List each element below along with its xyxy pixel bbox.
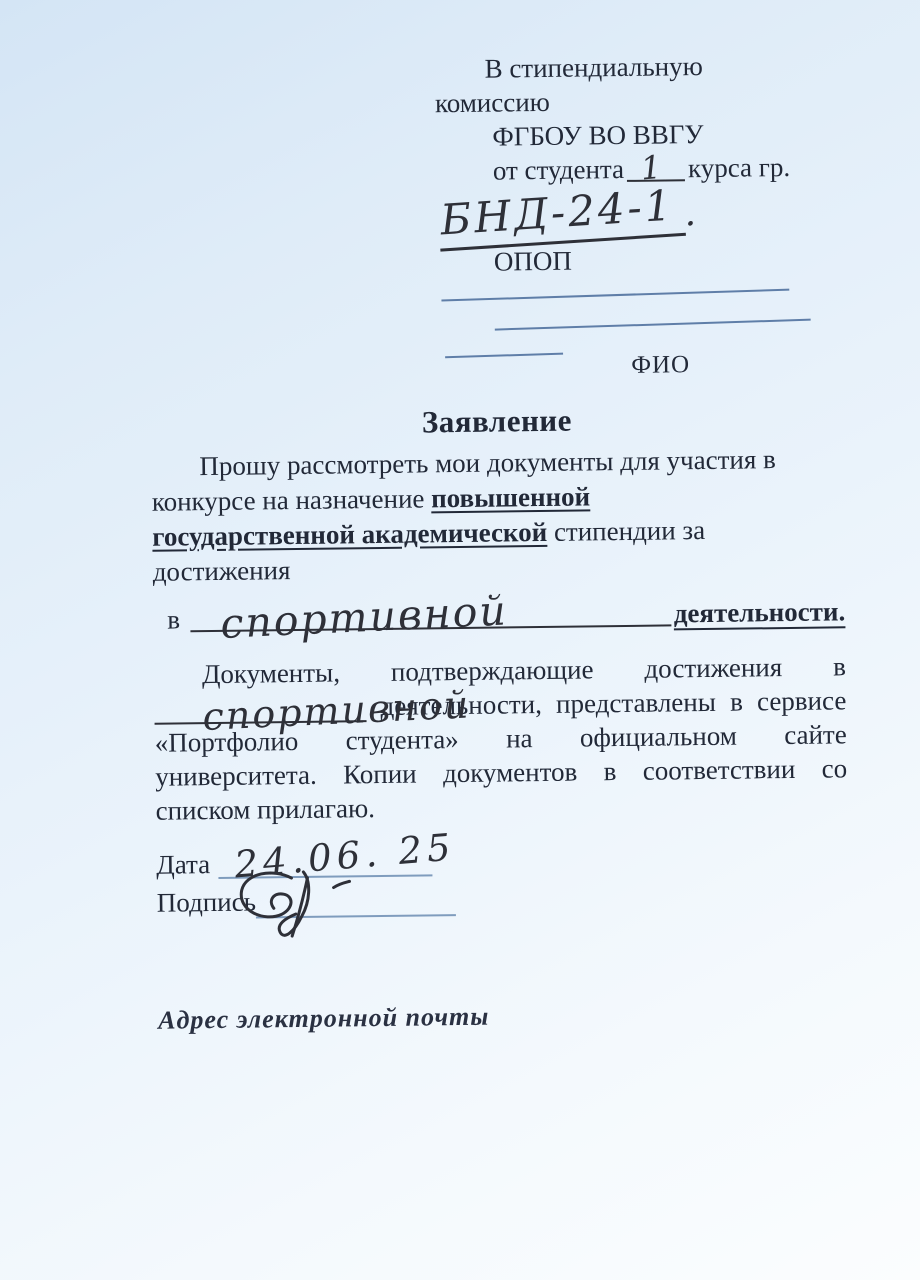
date-label: Дата bbox=[156, 849, 210, 880]
activity-suffix-label: деятельности. bbox=[674, 594, 846, 631]
activity-fill-row: в спортивной деятельности. bbox=[153, 583, 846, 637]
p1-bold-increased: повышенной bbox=[431, 481, 590, 513]
blank-line-1 bbox=[441, 289, 789, 302]
activity-blank-field-2: спортивной bbox=[154, 692, 366, 725]
course-value-handwritten: 1 bbox=[640, 152, 663, 184]
course-blank-field: 1 bbox=[627, 153, 685, 182]
scanned-application-page: В стипендиальную комиссию ФГБОУ ВО ВВГУ … bbox=[0, 0, 920, 1280]
from-student-suffix: курса гр. bbox=[688, 152, 790, 183]
from-student-prefix: от студента bbox=[493, 154, 625, 186]
activity-blank-field: спортивной bbox=[190, 582, 672, 632]
fio-label: ФИО bbox=[631, 351, 690, 380]
signature-row: Подпись bbox=[157, 884, 457, 920]
p1-bold-state-academic: государственной академической bbox=[152, 517, 547, 552]
group-period: . bbox=[684, 193, 696, 234]
page-content: В стипендиальную комиссию ФГБОУ ВО ВВГУ … bbox=[0, 0, 920, 1280]
v-prefix: в bbox=[153, 602, 180, 637]
request-paragraph: Прошу рассмотреть мои документы для учас… bbox=[151, 441, 845, 589]
email-address-label: Адрес электронной почты bbox=[158, 1002, 489, 1036]
signature-blank-field bbox=[256, 884, 456, 918]
group-value-line: БНД-24-1. bbox=[436, 183, 857, 245]
recipient-line-2: комиссию bbox=[435, 81, 855, 120]
blank-line-3 bbox=[445, 353, 563, 359]
group-value-handwritten: БНД-24-1 bbox=[437, 179, 686, 252]
recipient-line-1: В стипендиальную bbox=[434, 47, 854, 86]
documents-paragraph: Документы, подтверждающие достижения в с… bbox=[154, 649, 848, 827]
application-heading: Заявление bbox=[151, 399, 843, 442]
p2-start: Документы, подтверждающие достижения в bbox=[202, 651, 846, 689]
recipient-block: В стипендиальную комиссию ФГБОУ ВО ВВГУ … bbox=[434, 47, 857, 279]
blank-line-2 bbox=[495, 319, 811, 331]
signature bbox=[229, 863, 380, 945]
application-body: Заявление Прошу рассмотреть мои документ… bbox=[151, 399, 848, 827]
activity-value-1-handwritten: спортивной bbox=[219, 593, 508, 642]
